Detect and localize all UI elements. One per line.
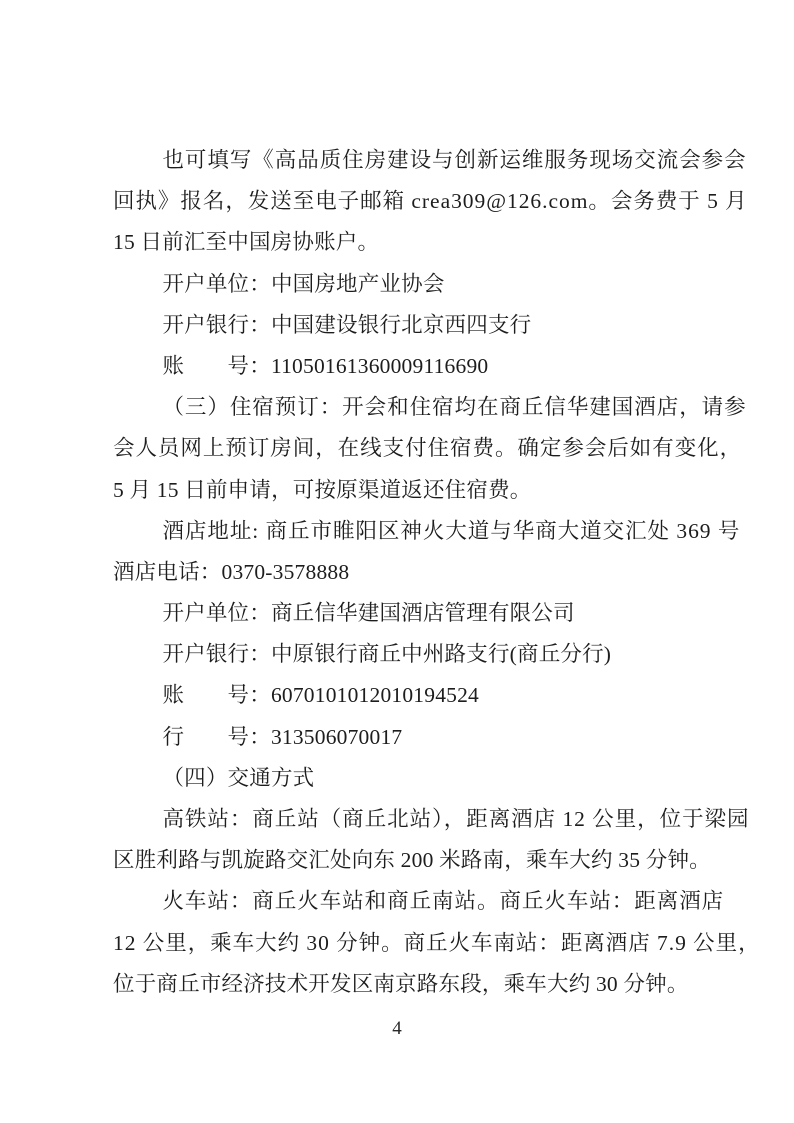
text-line: 高铁站：商丘站（商丘北站），距离酒店 12 公里，位于梁园 bbox=[113, 799, 685, 840]
text-line: 开户单位：商丘信华建国酒店管理有限公司 bbox=[113, 593, 685, 634]
text-line: 开户银行：中国建设银行北京西四支行 bbox=[113, 305, 685, 346]
text-line: 5 月 15 日前申请，可按原渠道返还住宿费。 bbox=[113, 470, 685, 511]
text-line: （四）交通方式 bbox=[113, 758, 685, 799]
text-line: 酒店电话：0370-3578888 bbox=[113, 552, 685, 593]
text-line: 账 号：6070101012010194524 bbox=[113, 675, 685, 716]
text-line: 位于商丘市经济技术开发区南京路东段，乘车大约 30 分钟。 bbox=[113, 964, 685, 1005]
text-line: 12 公里，乘车大约 30 分钟。商丘火车南站：距离酒店 7.9 公里， bbox=[113, 923, 685, 964]
document-body: 也可填写《高品质住房建设与创新运维服务现场交流会参会 回执》报名，发送至电子邮箱… bbox=[113, 140, 685, 1005]
text-line: 火车站：商丘火车站和商丘南站。商丘火车站：距离酒店 bbox=[113, 881, 685, 922]
document-page: 也可填写《高品质住房建设与创新运维服务现场交流会参会 回执》报名，发送至电子邮箱… bbox=[0, 0, 794, 1123]
text-line: 开户银行：中原银行商丘中州路支行(商丘分行) bbox=[113, 634, 685, 675]
text-line: 账 号：11050161360009116690 bbox=[113, 346, 685, 387]
text-line: 也可填写《高品质住房建设与创新运维服务现场交流会参会 bbox=[113, 140, 685, 181]
text-line: 开户单位：中国房地产业协会 bbox=[113, 264, 685, 305]
text-line: 酒店地址: 商丘市睢阳区神火大道与华商大道交汇处 369 号 bbox=[113, 511, 685, 552]
text-line: 回执》报名，发送至电子邮箱 crea309@126.com。会务费于 5 月 bbox=[113, 181, 685, 222]
text-line: 行 号：313506070017 bbox=[113, 717, 685, 758]
text-line: 会人员网上预订房间，在线支付住宿费。确定参会后如有变化， bbox=[113, 428, 685, 469]
text-line: 15 日前汇至中国房协账户。 bbox=[113, 222, 685, 263]
text-line: （三）住宿预订：开会和住宿均在商丘信华建国酒店，请参 bbox=[113, 387, 685, 428]
text-line: 区胜利路与凯旋路交汇处向东 200 米路南，乘车大约 35 分钟。 bbox=[113, 840, 685, 881]
page-number: 4 bbox=[0, 1014, 794, 1044]
